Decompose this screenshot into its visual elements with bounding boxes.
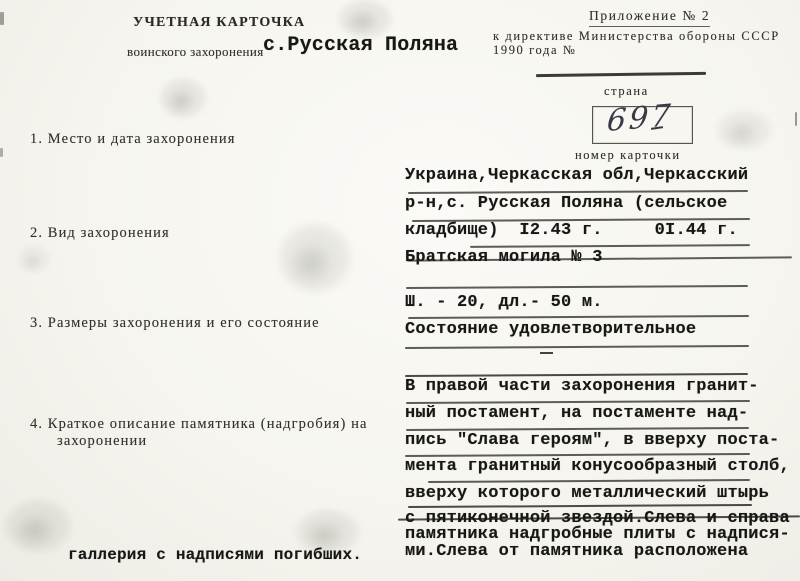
scan-speck xyxy=(0,12,4,25)
entry-condition-line: Состояние удовлетворительное xyxy=(405,320,696,340)
field-label-place-date: 1. Место и дата захоронения xyxy=(30,131,236,148)
annex-directive: к директиве Министерства обороны СССР xyxy=(493,29,780,44)
card-number-label: номер карточки xyxy=(575,148,681,163)
ruled-line xyxy=(408,504,752,508)
dash-mark xyxy=(540,352,553,354)
scan-speck xyxy=(0,148,3,157)
entry-location-line: р-н,с. Русская Поляна (сельское xyxy=(405,194,727,214)
entry-gallery-continuation: галлерия с надписями погибших. xyxy=(68,545,362,565)
watermark-blob xyxy=(260,206,370,310)
ruled-line xyxy=(428,479,750,482)
card-number-box: 697 xyxy=(592,106,693,144)
annex-year: 1990 года № xyxy=(493,43,576,58)
ruled-line xyxy=(408,315,749,319)
ruled-line xyxy=(470,244,750,247)
country-label: страна xyxy=(604,84,649,99)
entry-monument-line: памятника надгробные плиты с надпися- xyxy=(405,526,790,543)
entry-monument-line: ный постамент, на постаменте над- xyxy=(405,404,748,424)
ruled-line xyxy=(406,285,748,289)
watermark-blob xyxy=(703,100,785,160)
form-subtitle-label: воинского захоронения xyxy=(127,44,264,60)
ruled-line xyxy=(405,345,749,349)
field-label-monument-desc-2: захоронении xyxy=(57,433,147,450)
ruled-line xyxy=(406,427,749,431)
field-label-monument-desc: 4. Краткое описание памятника (надгробия… xyxy=(30,416,368,433)
ruled-line xyxy=(406,400,750,404)
entry-size-line: Ш. - 20, дл.- 50 м. xyxy=(405,293,603,313)
entry-monument-line: ми.Слева от памятника расположена xyxy=(405,543,748,560)
card-number-handwritten: 697 xyxy=(606,98,675,139)
ruled-line xyxy=(405,453,750,457)
ruled-line xyxy=(408,190,748,194)
scan-speck xyxy=(795,112,797,126)
entry-monument-line: пись "Слава героям", в вверху поста- xyxy=(405,431,779,451)
form-title: УЧЕТНАЯ КАРТОЧКА xyxy=(133,15,305,31)
field-label-burial-type: 2. Вид захоронения xyxy=(30,225,170,242)
watermark-blob xyxy=(148,68,218,128)
entry-monument-line: вверху которого металлический штырь xyxy=(405,484,769,504)
country-separator-line xyxy=(536,72,706,77)
entry-location-line: кладбище) I2.43 г. 0I.44 г. xyxy=(405,221,738,241)
watermark-blob xyxy=(10,238,58,280)
entry-monument-line: В правой части захоронения гранит- xyxy=(405,377,759,397)
burial-site-name: с.Русская Поляна xyxy=(263,36,458,56)
annex-title: Приложение № 2 xyxy=(589,8,710,27)
entry-location-line: Украина,Черкасская обл,Черкасский xyxy=(405,166,748,186)
entry-monument-line: мента гранитный конусообразный столб, xyxy=(405,457,790,477)
entry-burial-type: Братская могила № 3 xyxy=(405,248,603,268)
scanned-burial-card: УЧЕТНАЯ КАРТОЧКА воинского захоронения с… xyxy=(0,0,800,581)
field-label-size-condition: 3. Размеры захоронения и его состояние xyxy=(30,315,320,332)
